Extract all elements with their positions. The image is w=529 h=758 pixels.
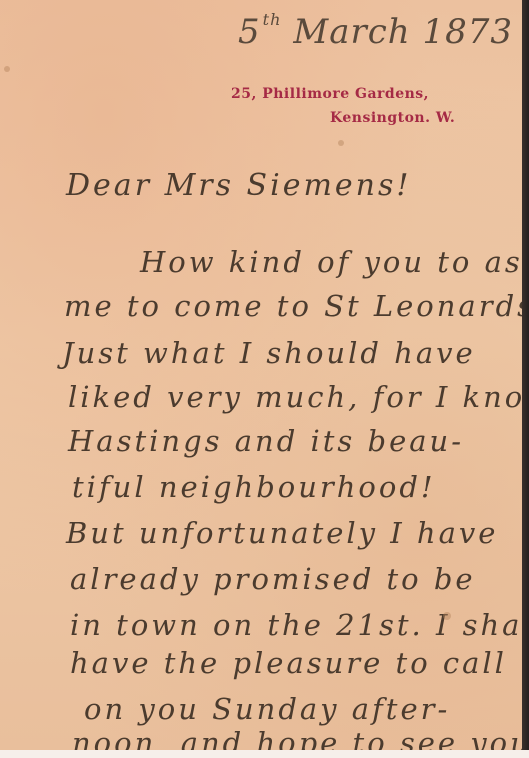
date-month-year: March 1873 bbox=[293, 12, 513, 52]
body-line: in town on the 21st. I shall bbox=[70, 608, 529, 642]
letterhead-address-line-2: Kensington. W. bbox=[330, 110, 455, 126]
dark-background-edge bbox=[522, 0, 529, 750]
body-line: have the pleasure to call bbox=[70, 646, 507, 680]
body-line: tiful neighbourhood! bbox=[72, 470, 436, 504]
body-line: on you Sunday after- bbox=[84, 692, 450, 726]
letter-paper: 5thMarch 1873 25, Phillimore Gardens, Ke… bbox=[0, 0, 522, 750]
date-ordinal: th bbox=[263, 10, 282, 29]
body-line: But unfortunately I have bbox=[66, 516, 498, 550]
body-line: liked very much, for I know bbox=[68, 380, 529, 414]
paper-stain bbox=[338, 140, 344, 146]
body-line: Just what I should have bbox=[62, 336, 476, 370]
letter-photo: 5thMarch 1873 25, Phillimore Gardens, Ke… bbox=[0, 0, 529, 758]
body-line: me to come to St Leonards. bbox=[64, 289, 529, 323]
paper-stain bbox=[4, 66, 10, 72]
ink-blot bbox=[443, 612, 451, 620]
letterhead-address-line-1: 25, Phillimore Gardens, bbox=[231, 86, 429, 102]
bottom-margin-strip bbox=[0, 750, 529, 758]
salutation: Dear Mrs Siemens! bbox=[66, 168, 411, 203]
date-day: 5 bbox=[238, 12, 261, 52]
body-line: How kind of you to ask bbox=[140, 245, 529, 279]
letter-date: 5thMarch 1873 bbox=[238, 10, 513, 52]
body-line: already promised to be bbox=[70, 562, 476, 596]
body-line: Hastings and its beau- bbox=[68, 424, 464, 458]
